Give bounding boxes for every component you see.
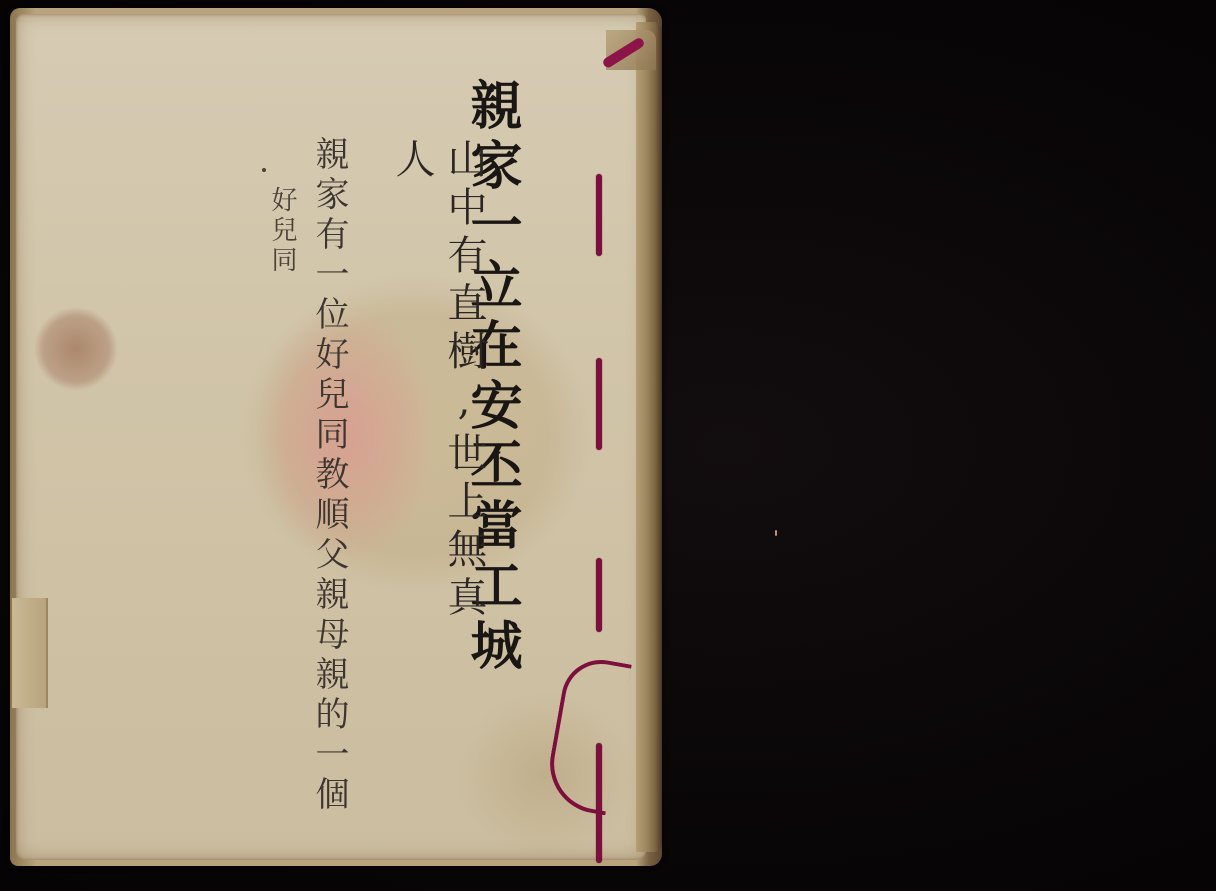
binding-stitch-1 [596, 174, 602, 256]
text-column-4: 好兒同 [264, 186, 300, 276]
dust-speck [775, 530, 777, 536]
manuscript-booklet: 親家一立在安丕當工城 山中有直樹,世上無真人 親家有一位好兒同教順父親母親的一個… [10, 8, 662, 866]
binding-stitch-2 [596, 358, 602, 450]
binding-stitch-3 [596, 558, 602, 632]
scan-background: 親家一立在安丕當工城 山中有直樹,世上無真人 親家有一位好兒同教順父親母親的一個… [0, 0, 1216, 891]
spine-edge [636, 22, 662, 852]
text-column-2: 山中有直樹,世上無真人 [386, 138, 490, 668]
binding-stitch-4 [596, 743, 602, 863]
text-column-3: 親家有一位好兒同教順父親母親的一個 [306, 136, 352, 856]
torn-left-edge [12, 598, 48, 708]
ink-dot [262, 168, 266, 172]
